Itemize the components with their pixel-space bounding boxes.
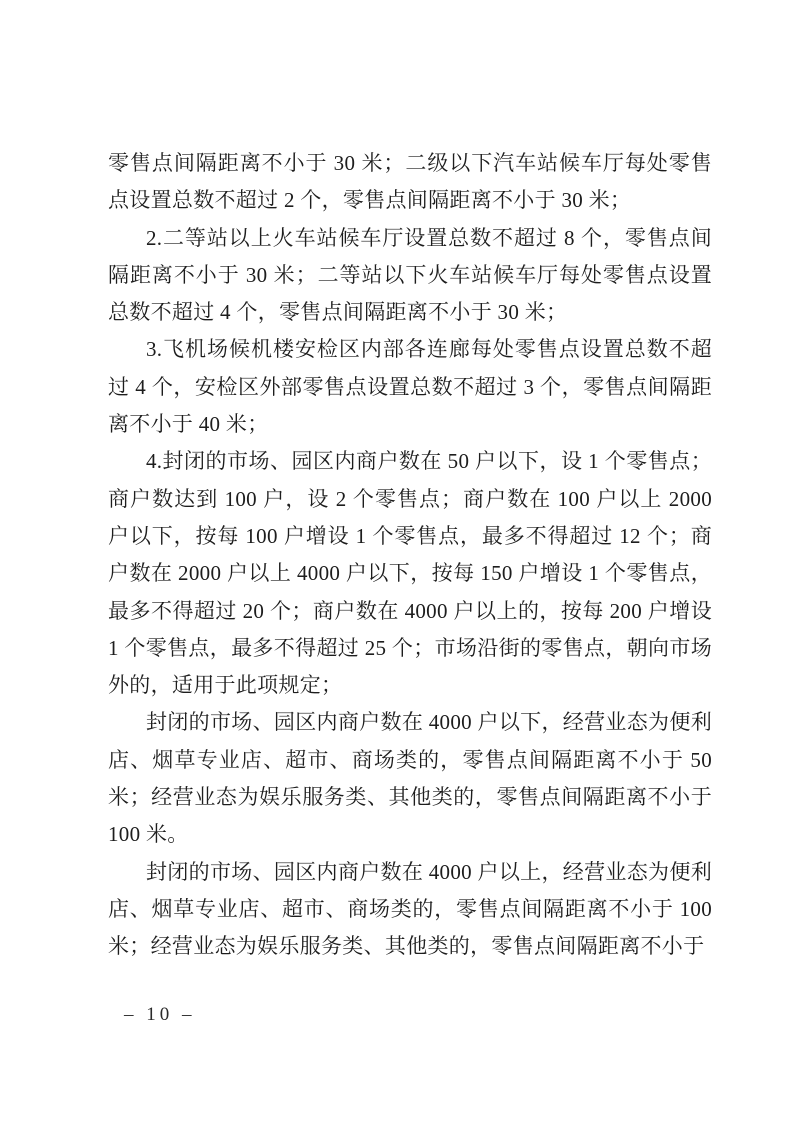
paragraph-item-4: 4.封闭的市场、园区内商户数在 50 户以下，设 1 个零售点；商户数达到 10… (108, 443, 712, 704)
paragraph-market-under-4000: 封闭的市场、园区内商户数在 4000 户以下，经营业态为便利店、烟草专业店、超市… (108, 704, 712, 853)
paragraph-item-3: 3.飞机场候机楼安检区内部各连廊每处零售点设置总数不超过 4 个，安检区外部零售… (108, 331, 712, 443)
paragraph-item-2: 2.二等站以上火车站候车厅设置总数不超过 8 个，零售点间隔距离不小于 30 米… (108, 220, 712, 332)
document-page: 零售点间隔距离不小于 30 米；二级以下汽车站候车厅每处零售点设置总数不超过 2… (0, 0, 793, 1122)
paragraph-market-over-4000: 封闭的市场、园区内商户数在 4000 户以上，经营业态为便利店、烟草专业店、超市… (108, 854, 712, 966)
page-number: – 10 – (124, 1004, 196, 1026)
paragraph-continuation: 零售点间隔距离不小于 30 米；二级以下汽车站候车厅每处零售点设置总数不超过 2… (108, 145, 712, 220)
document-text-block: 零售点间隔距离不小于 30 米；二级以下汽车站候车厅每处零售点设置总数不超过 2… (108, 145, 712, 966)
